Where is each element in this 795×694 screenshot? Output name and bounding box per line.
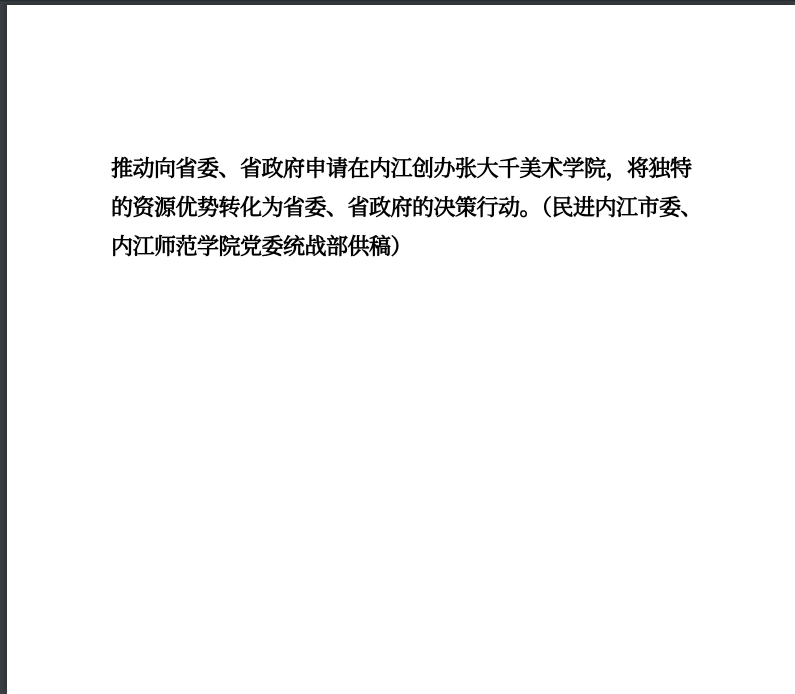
paragraph-line-1: 推动向省委、省政府申请在内江创办张大千美术学院，将独特 [111,149,702,188]
document-page: 推动向省委、省政府申请在内江创办张大千美术学院，将独特 的资源优势转化为省委、省… [7,5,795,694]
paragraph-line-3: 内江师范学院党委统战部供稿） [111,227,702,266]
body-paragraph: 推动向省委、省政府申请在内江创办张大千美术学院，将独特 的资源优势转化为省委、省… [111,149,702,266]
paragraph-line-2: 的资源优势转化为省委、省政府的决策行动。（民进内江市委、 [111,188,702,227]
window-top-edge [0,0,795,2]
